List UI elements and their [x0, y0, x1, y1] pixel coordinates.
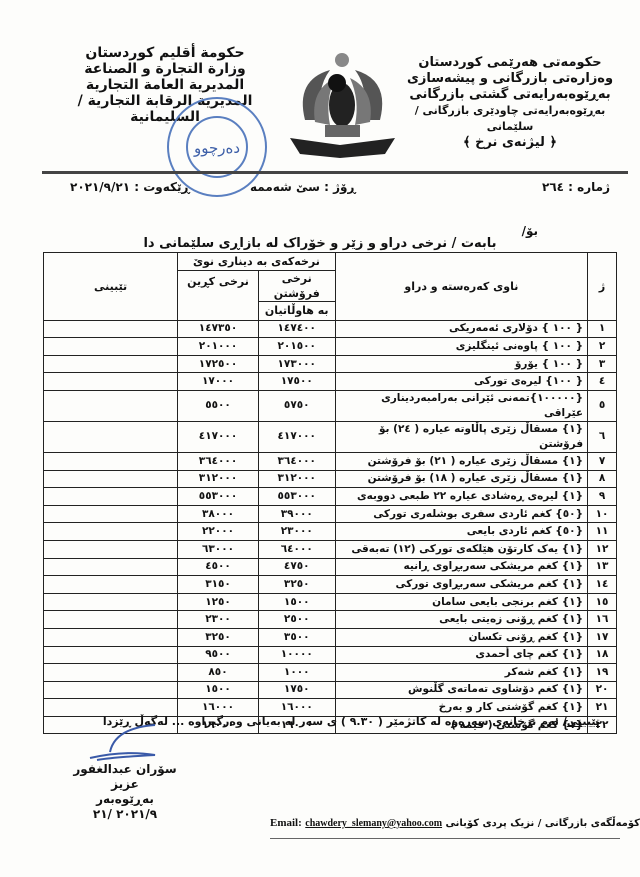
col-header-name: ناوی کەرەستە و دراو [335, 253, 587, 321]
price-table: ژ ناوی کەرەستە و دراو نرخەکەی بە دیناری … [43, 252, 617, 734]
row-index: ٤ [588, 373, 617, 391]
item-name: {١} مسقاڵ زێری عیارە ( ١٨) بۆ فرۆشتن [335, 470, 587, 488]
doc-day: ڕۆژ : سێ شەممە [250, 180, 356, 194]
signer-name: سۆران عبدالغفور عزیز [70, 762, 180, 792]
row-index: ٢٠ [588, 681, 617, 699]
sell-price: ٣٢٥٠ [258, 576, 335, 594]
item-name: { ١٠٠} لیرەی تورکی [335, 373, 587, 391]
table-row: ١٠{٥٠} کغم ئاردی سفری بوشلەری تورکی٣٩٠٠٠… [44, 505, 617, 523]
buy-price: ٩٥٠٠ [178, 646, 259, 664]
signer-title: بەڕێوەبەر [70, 792, 180, 807]
row-index: ٦ [588, 421, 617, 452]
row-note [44, 390, 178, 421]
email-link[interactable]: chawdery_slemany@yahoo.com [305, 818, 442, 829]
row-note [44, 523, 178, 541]
buy-price: ١٦٠٠٠ [178, 699, 259, 717]
sell-price: ١٥٠٠ [258, 593, 335, 611]
sell-price: ١٧٣٠٠٠ [258, 355, 335, 373]
buy-price: ٢٣٠٠ [178, 611, 259, 629]
row-note [44, 558, 178, 576]
buy-price: ٥٥٠٠ [178, 390, 259, 421]
buy-price: ٨٥٠ [178, 664, 259, 682]
row-index: ١٢ [588, 540, 617, 558]
row-note [44, 699, 178, 717]
buy-price: ٣١٢٠٠٠ [178, 470, 259, 488]
row-note [44, 488, 178, 506]
header-line: المديرية العامة التجارية [60, 77, 270, 93]
buy-price: ٦٣٠٠٠ [178, 540, 259, 558]
table-row: ٤{ ١٠٠} لیرەی تورکی١٧٥٠٠١٧٠٠٠ [44, 373, 617, 391]
col-header-sell-sub: بە هاوڵاتیان [258, 301, 335, 320]
buy-price: ١٥٠٠ [178, 681, 259, 699]
sell-price: ٤١٧٠٠٠ [258, 421, 335, 452]
buy-price: ٢٠١٠٠٠ [178, 338, 259, 356]
sell-price: ٢٠١٥٠٠ [258, 338, 335, 356]
table-row: ١١{٥٠} کغم ئاردی بایعی٢٣٠٠٠٢٢٠٠٠ [44, 523, 617, 541]
header-line: بەڕێوەبەرایەتی گشتی بازرگانی [400, 87, 620, 103]
row-note [44, 338, 178, 356]
header-line: بەڕێوەبەرایەتی چاودێری بازرگانی / سلێمان… [400, 103, 620, 135]
col-header-buy: نرخی کڕین [178, 270, 259, 320]
row-index: ١٠ [588, 505, 617, 523]
table-row: ١٣{١} کغم مریشکی سەربڕاوی ڕانیە٤٧٥٠٤٥٠٠ [44, 558, 617, 576]
footer-address: کۆمەڵگەی بازرگانی / نزیک پردی کۆبانی [446, 818, 640, 829]
item-name: {١} لیرەی ڕەشادی عیارە ٢٢ طبعی دووبەی [335, 488, 587, 506]
sell-price: ٥٥٣٠٠٠ [258, 488, 335, 506]
sell-price: ١٤٧٤٠٠ [258, 320, 335, 338]
table-row: ١٦{١} کغم ڕۆنی زەیتی بایعی٢٥٠٠٢٣٠٠ [44, 611, 617, 629]
header-line: وەزارەتی بازرگانی و پیشەسازی [400, 71, 620, 87]
row-index: ١٨ [588, 646, 617, 664]
table-row: ٨{١} مسقاڵ زێری عیارە ( ١٨) بۆ فرۆشتن٣١٢… [44, 470, 617, 488]
item-name: { ١٠٠ } پاوەنی ئینگلیزی [335, 338, 587, 356]
header-line: حکومەتی هەرێمی کوردستان [400, 55, 620, 71]
sell-price: ١٧٥٠٠ [258, 373, 335, 391]
doc-date: ڕێکەوت : ٢٠٢١/٩/٢١ [70, 180, 190, 194]
row-note [44, 576, 178, 594]
sell-price: ١٦٠٠٠ [258, 699, 335, 717]
signature-scribble-icon [85, 722, 175, 764]
buy-price: ٣٢٥٠ [178, 628, 259, 646]
buy-price: ١٤٧٣٥٠ [178, 320, 259, 338]
table-row: ١٤{١} کغم مریشکی سەربڕاوی تورکی٣٢٥٠٣١٥٠ [44, 576, 617, 594]
header-line: حكومة أقليم كوردستان [60, 45, 270, 61]
buy-price: ٥٥٣٠٠٠ [178, 488, 259, 506]
stamp-label: دەرچوو [193, 139, 240, 157]
row-note [44, 664, 178, 682]
table-row: ١٧{١} کغم ڕۆنی تکسان٣٥٠٠٣٢٥٠ [44, 628, 617, 646]
sell-price: ٥٧٥٠ [258, 390, 335, 421]
table-row: ٧{١} مسقاڵ زێری عیارە ( ٢١) بۆ فرۆشتن٣٦٤… [44, 452, 617, 470]
doc-number: ژمارە : ٢٦٤ [542, 180, 610, 194]
row-note [44, 681, 178, 699]
table-row: ٢١{١} کغم گۆشتی کار و بەرخ١٦٠٠٠١٦٠٠٠ [44, 699, 617, 717]
row-note [44, 593, 178, 611]
item-name: {٥٠} کغم ئاردی سفری بوشلەری تورکی [335, 505, 587, 523]
item-name: {١} کغم برنجی بایعی سامان [335, 593, 587, 611]
item-name: {١} کغم مریشکی سەربڕاوی تورکی [335, 576, 587, 594]
table-row: ٩{١} لیرەی ڕەشادی عیارە ٢٢ طبعی دووبەی٥٥… [44, 488, 617, 506]
item-name: {١} کغم شەکر [335, 664, 587, 682]
row-index: ١٥ [588, 593, 617, 611]
row-note [44, 452, 178, 470]
row-note [44, 320, 178, 338]
row-note [44, 505, 178, 523]
table-row: ١٨{١} کغم چای أحمدی١٠٠٠٠٩٥٠٠ [44, 646, 617, 664]
row-index: ٩ [588, 488, 617, 506]
item-name: {١} یەک کارتۆن هێلکەی تورکی (١٢) تەبەقی [335, 540, 587, 558]
footnote: تێبینی/ ئەم نرخانەی سەرەوە لە کاتژمێر ( … [120, 715, 600, 728]
item-name: {١} کغم دۆشاوی تەماتەی گڵنوش [335, 681, 587, 699]
row-index: ١٧ [588, 628, 617, 646]
row-note [44, 421, 178, 452]
footer: Email: chawdery_slemany@yahoo.com کۆمەڵگ… [270, 817, 640, 829]
buy-price: ٢٢٠٠٠ [178, 523, 259, 541]
sell-price: ٦٤٠٠٠ [258, 540, 335, 558]
item-name: {١} مسقاڵ زێری پاڵاوتە عیارە ( ٢٤) بۆ فر… [335, 421, 587, 452]
footnote-label: تێبینی [567, 715, 600, 728]
buy-price: ٣٦٤٠٠٠ [178, 452, 259, 470]
table-row: ٢٠{١} کغم دۆشاوی تەماتەی گڵنوش١٧٥٠١٥٠٠ [44, 681, 617, 699]
sell-price: ٢٥٠٠ [258, 611, 335, 629]
table-row: ١٩{١} کغم شەکر١٠٠٠٨٥٠ [44, 664, 617, 682]
signature-date: ٢٠٢١/٩ /٢١ [70, 807, 180, 822]
row-note [44, 611, 178, 629]
row-index: ١٤ [588, 576, 617, 594]
row-index: ٧ [588, 452, 617, 470]
item-name: { ١٠٠ } دۆلاری ئەمەریکی [335, 320, 587, 338]
row-index: ٣ [588, 355, 617, 373]
sell-price: ٣٩٠٠٠ [258, 505, 335, 523]
signature-block: سۆران عبدالغفور عزیز بەڕێوەبەر ٢٠٢١/٩ /٢… [70, 762, 180, 822]
header-line: ﴿ لیژنەی نرخ ﴾ [400, 135, 620, 151]
item-name: {٥٠} کغم ئاردی بایعی [335, 523, 587, 541]
row-index: ١٩ [588, 664, 617, 682]
row-index: ١ [588, 320, 617, 338]
item-name: {١} کغم مریشکی سەربڕاوی ڕانیە [335, 558, 587, 576]
item-name: {١٠٠٠٠٠}تمەنی ئێرانی بەرامبەردیناری عێرا… [335, 390, 587, 421]
buy-price: ٤٥٠٠ [178, 558, 259, 576]
row-note [44, 355, 178, 373]
row-index: ٢١ [588, 699, 617, 717]
subject-line: بابەت / نرخی دراو و زێر و خۆراک لە بازاڕ… [60, 236, 580, 251]
email-label: Email: [270, 817, 302, 829]
table-row: ١{ ١٠٠ } دۆلاری ئەمەریکی١٤٧٤٠٠١٤٧٣٥٠ [44, 320, 617, 338]
buy-price: ٣١٥٠ [178, 576, 259, 594]
col-header-index: ژ [588, 253, 617, 321]
buy-price: ١٢٥٠ [178, 593, 259, 611]
row-note [44, 373, 178, 391]
table-row: ٦{١} مسقاڵ زێری پاڵاوتە عیارە ( ٢٤) بۆ ف… [44, 421, 617, 452]
item-name: {١} کغم ڕۆنی زەیتی بایعی [335, 611, 587, 629]
sell-price: ٤٧٥٠ [258, 558, 335, 576]
buy-price: ٣٨٠٠٠ [178, 505, 259, 523]
sell-price: ٢٣٠٠٠ [258, 523, 335, 541]
table-row: ١٥{١} کغم برنجی بایعی سامان١٥٠٠١٢٥٠ [44, 593, 617, 611]
item-name: { ١٠٠ } یۆرۆ [335, 355, 587, 373]
kurdistan-emblem-icon [285, 50, 400, 160]
buy-price: ١٧٢٥٠٠ [178, 355, 259, 373]
table-row: ٣{ ١٠٠ } یۆرۆ١٧٣٠٠٠١٧٢٥٠٠ [44, 355, 617, 373]
row-note [44, 646, 178, 664]
row-note [44, 628, 178, 646]
sell-price: ٣٥٠٠ [258, 628, 335, 646]
item-name: {١} کغم چای أحمدی [335, 646, 587, 664]
sell-price: ١٠٠٠ [258, 664, 335, 682]
header-kurdish: حکومەتی هەرێمی کوردستان وەزارەتی بازرگان… [400, 55, 620, 151]
row-note [44, 470, 178, 488]
item-name: {١} کغم گۆشتی کار و بەرخ [335, 699, 587, 717]
table-row: ٢{ ١٠٠ } پاوەنی ئینگلیزی٢٠١٥٠٠٢٠١٠٠٠ [44, 338, 617, 356]
header-divider [42, 171, 628, 174]
item-name: {١} مسقاڵ زێری عیارە ( ٢١) بۆ فرۆشتن [335, 452, 587, 470]
sell-price: ٣٦٤٠٠٠ [258, 452, 335, 470]
row-note [44, 540, 178, 558]
col-header-sell: نرخی فرۆشتن [258, 270, 335, 301]
col-header-price-group: نرخەکەی بە دیناری نوێ [178, 253, 335, 271]
item-name: {١} کغم ڕۆنی تکسان [335, 628, 587, 646]
row-index: ٥ [588, 390, 617, 421]
table-row: ١٢{١} یەک کارتۆن هێلکەی تورکی (١٢) تەبەق… [44, 540, 617, 558]
footer-divider [270, 838, 620, 839]
sell-price: ١٧٥٠ [258, 681, 335, 699]
sell-price: ٣١٢٠٠٠ [258, 470, 335, 488]
sell-price: ١٠٠٠٠ [258, 646, 335, 664]
buy-price: ١٧٠٠٠ [178, 373, 259, 391]
row-index: ٨ [588, 470, 617, 488]
row-index: ١٦ [588, 611, 617, 629]
row-index: ٢ [588, 338, 617, 356]
buy-price: ٤١٧٠٠٠ [178, 421, 259, 452]
header-line: وزارة التجارة و الصناعة [60, 61, 270, 77]
col-header-notes: تێبینی [44, 253, 178, 321]
row-index: ١١ [588, 523, 617, 541]
row-index: ١٣ [588, 558, 617, 576]
table-row: ٥{١٠٠٠٠٠}تمەنی ئێرانی بەرامبەردیناری عێر… [44, 390, 617, 421]
